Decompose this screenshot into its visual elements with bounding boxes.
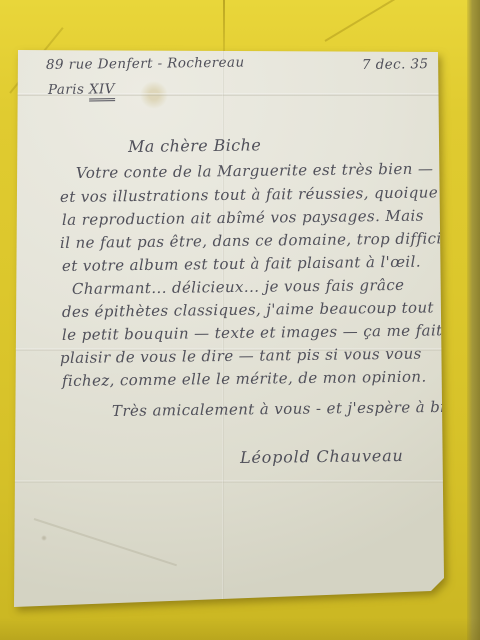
body-line: la reproduction ait abîmé vos paysages. … [62,207,424,229]
signature: Léopold Chauveau [240,446,404,467]
folder-vertical-crease [223,0,225,52]
paper-fold-crease-diagonal [34,518,177,566]
body-line: et vos illustrations tout à fait réussie… [60,183,438,206]
folder-fold-top-right [324,0,406,42]
paper-fold-crease [14,480,450,483]
letter-paper: 89 rue Denfert - Rochereau Paris XIV 7 d… [14,48,450,610]
letter-paper-shadow: 89 rue Denfert - Rochereau Paris XIV 7 d… [14,48,450,610]
salutation: Ma chère Biche [128,135,261,156]
body-line: plaisir de vous le dire — tant pis si vo… [60,345,422,367]
district-text: XIV [89,81,115,101]
body-line: fichez, comme elle le mérite, de mon opi… [62,368,427,390]
folder-bottom-shade [0,618,480,640]
folder-edge-shadow [467,0,480,640]
body-line: Votre conte de la Marguerite est très bi… [76,160,434,182]
body-line: le petit bouquin — texte et images — ça … [62,321,443,344]
body-line: et votre album est tout à fait plaisant … [62,253,421,275]
body-line: des épithètes classiques, j'aime beaucou… [62,298,434,321]
body-line: il ne faut pas être, dans ce domaine, tr… [60,229,456,252]
city-text: Paris [48,82,89,98]
letter-date: 7 dec. 35 [362,56,429,73]
closing-line: Très amicalement à vous - et j'espère à … [112,397,480,420]
sender-address-city: Paris XIV [48,81,115,98]
sender-address-street: 89 rue Denfert - Rochereau [46,55,245,73]
photo-background: 89 rue Denfert - Rochereau Paris XIV 7 d… [0,0,480,640]
body-line: Charmant... délicieux... je vous fais gr… [72,276,405,298]
